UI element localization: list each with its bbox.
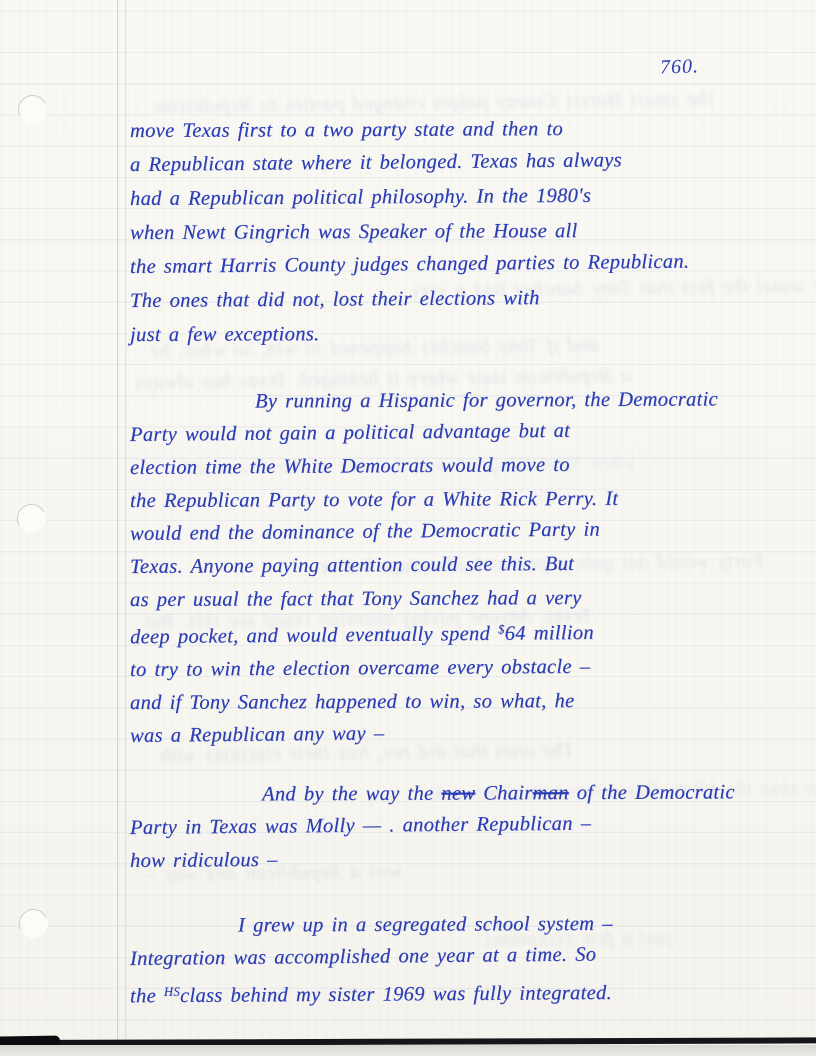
struck-word: new xyxy=(441,782,475,804)
line-segment: class behind my sister 1969 was fully in… xyxy=(180,982,612,1007)
line-segment: of the Democratic xyxy=(569,781,735,804)
margin-line xyxy=(117,0,118,1040)
page-number: 760. xyxy=(660,55,700,79)
handwritten-line: Texas. Anyone paying attention could see… xyxy=(130,547,770,584)
paragraph-2: By running a Hispanic for governor, the … xyxy=(130,386,770,753)
handwritten-line: election time the White Democrats would … xyxy=(130,448,770,485)
handwritten-line: Party in Texas was Molly — . another Rep… xyxy=(130,806,770,845)
superscript-hs-insertion: HS xyxy=(164,985,180,999)
handwritten-line: Integration was accomplished one year at… xyxy=(130,937,770,976)
margin-line-bleed xyxy=(125,0,126,1040)
handwritten-line: the HSclass behind my sister 1969 was fu… xyxy=(130,972,770,1014)
handwritten-line: how ridiculous – xyxy=(130,841,770,878)
scan-background-strip xyxy=(0,1045,816,1056)
line-segment: deep pocket, and would eventually spend xyxy=(130,623,498,649)
paragraph-1: move Texas first to a two party state an… xyxy=(130,114,770,352)
handwritten-line: the smart Harris County judges changed p… xyxy=(130,244,770,284)
struck-word: man xyxy=(532,782,568,804)
handwritten-line: The ones that did not, lost their electi… xyxy=(130,280,770,318)
paragraph-4: I grew up in a segregated school system … xyxy=(130,910,770,1013)
handwritten-line: Party would not gain a political advanta… xyxy=(130,413,770,452)
handwritten-line: was a Republican any way – xyxy=(130,714,770,753)
scanned-page: 760. the smart Harris County judges chan… xyxy=(0,0,816,1056)
handwritten-line: a Republican state where it belonged. Te… xyxy=(130,142,770,182)
line-segment: And by the way the xyxy=(262,783,441,806)
handwritten-line: deep pocket, and would eventually spend … xyxy=(130,611,770,654)
handwritten-line: would end the dominance of the Democrati… xyxy=(130,512,770,551)
line-segment: the xyxy=(130,985,164,1007)
paragraph-3: And by the way the new Chairman of the D… xyxy=(130,779,770,878)
handwritten-line: had a Republican political philosophy. I… xyxy=(130,178,770,216)
handwritten-line: to try to win the election overcame ever… xyxy=(130,650,770,687)
handwritten-line: just a few exceptions. xyxy=(130,315,770,352)
line-segment: 64 million xyxy=(505,622,594,645)
line-segment: Chair xyxy=(475,782,532,804)
